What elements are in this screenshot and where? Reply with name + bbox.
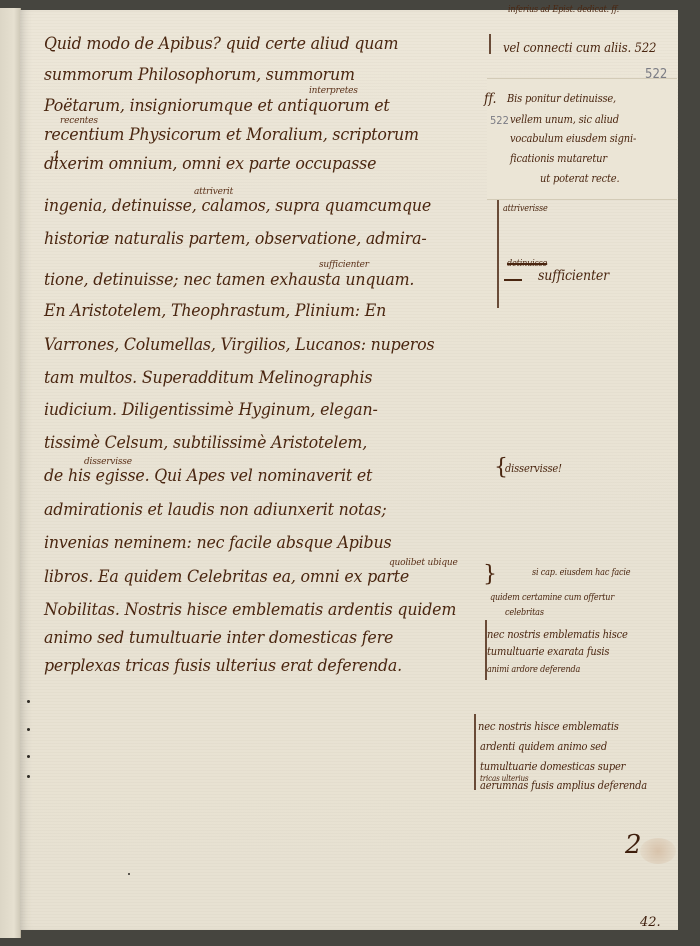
margin-note-attriverit: attriverisse xyxy=(503,203,548,216)
text-line: En Aristotelem, Theophrastum, Plinium: E… xyxy=(44,301,386,321)
text-line: tam multos. Superadditum Melinographis xyxy=(44,368,372,388)
margin-note-sufficienter: sufficienter xyxy=(538,270,609,283)
text-line: iudicium. Diligentissimè Hyginum, elegan… xyxy=(44,400,378,420)
catchword: 2 xyxy=(625,830,642,860)
margin-note-line: nec nostris hisce emblematis xyxy=(478,720,619,733)
interlinear-correction: interpretes xyxy=(309,86,358,96)
margin-rule xyxy=(474,714,476,790)
margin-note-disservisse: disservisse! xyxy=(505,462,562,475)
text-line: Nobilitas. Nostris hisce emblematis arde… xyxy=(44,600,456,620)
margin-note-line: ardenti quidem animo sed xyxy=(480,740,607,753)
text-line: recentium Physicorum et Moralium, script… xyxy=(44,125,419,145)
slip-note-line: vellem unum, sic aliud xyxy=(510,113,619,126)
interlinear-correction: recentes xyxy=(60,116,98,126)
ink-stain xyxy=(640,838,676,864)
text-line: de his egisse. Qui Apes vel nominaverit … xyxy=(44,466,372,486)
text-line: Quid modo de Apibus? quid certe aliud qu… xyxy=(44,34,398,54)
scan-background: Quid modo de Apibus? quid certe aliud qu… xyxy=(0,0,700,946)
text-line: dixerim omnium, omni ex parte occupasse xyxy=(44,154,376,174)
margin-note-line: tumultuarie exarata fusis xyxy=(487,645,609,658)
interlinear-correction: quolibet ubique xyxy=(389,558,458,568)
text-line: animo sed tumultuarie inter domesticas f… xyxy=(44,628,393,648)
arrow-icon xyxy=(504,279,522,281)
slip-note-line: ficationis mutaretur xyxy=(510,152,607,165)
text-line: Varrones, Columellas, Virgilios, Lucanos… xyxy=(44,335,434,355)
text-line: tissimè Celsum, subtilissimè Aristotelem… xyxy=(44,433,367,453)
slip-mark: ff. xyxy=(484,93,496,106)
margin-note-line: nec nostris emblematis hisce xyxy=(487,628,628,641)
text-line: tione, detinuisse; nec tamen exhausta un… xyxy=(44,270,414,290)
text-line: Poëtarum, insigniorumque et antiquorum e… xyxy=(44,96,390,116)
slip-note-line: vocabulum eiusdem signi- xyxy=(510,132,636,145)
margin-note-line: si cap. eiusdem hac facie xyxy=(532,567,630,580)
text-line: historiæ naturalis partem, observatione,… xyxy=(44,229,427,249)
facing-page-edge xyxy=(0,8,21,938)
text-line: admirationis et laudis non adiunxerit no… xyxy=(44,500,386,520)
brace-icon: } xyxy=(483,564,497,586)
text-line: invenias neminem: nec facile absque Apib… xyxy=(44,533,391,553)
text-line: perplexas tricas fusis ulterius erat def… xyxy=(44,656,402,676)
interlinear-correction: disservisse xyxy=(84,457,132,467)
text-line: summorum Philosophorum, summorum xyxy=(44,65,355,85)
text-line: ingenia, detinuisse, calamos, supra quam… xyxy=(44,196,431,216)
pencil-reference: 522 xyxy=(490,114,509,127)
margin-note-line: aerumnas fusis amplius deferenda xyxy=(480,779,647,792)
slip-note-line: Bis ponitur detinuisse, xyxy=(507,92,616,105)
folio-number: 42. xyxy=(640,915,661,930)
binding-hole xyxy=(27,728,30,731)
slip-note-line: ut poterat recte. xyxy=(540,172,619,185)
left-margin-mark: 1 xyxy=(52,149,61,165)
binding-hole xyxy=(27,775,30,778)
ink-speck xyxy=(128,873,130,875)
binding-hole xyxy=(27,755,30,758)
margin-note-line: quidem certamine cum offertur xyxy=(490,592,614,605)
interlinear-correction: attriverit xyxy=(194,187,233,197)
margin-rule xyxy=(489,34,491,54)
margin-note-line: celebritas xyxy=(505,607,544,620)
interlinear-correction: sufficienter xyxy=(319,260,369,270)
margin-note-connect: vel connecti cum aliis. 522 xyxy=(503,42,656,55)
margin-note-top-ref: inferius ad Epist. dedicat. ff. xyxy=(508,4,619,17)
margin-rule xyxy=(497,200,499,308)
binding-hole xyxy=(27,700,30,703)
margin-note-line: animi ardore deferenda xyxy=(487,664,580,677)
text-line: libros. Ea quidem Celebritas ea, omni ex… xyxy=(44,567,409,587)
